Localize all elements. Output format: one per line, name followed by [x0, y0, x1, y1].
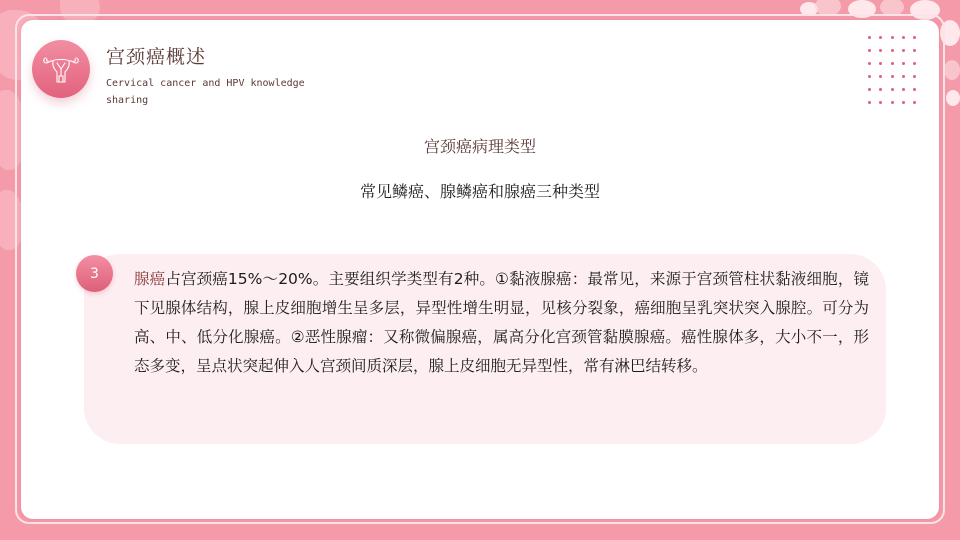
- page-subtitle: Cervical cancer and HPV knowledge sharin…: [106, 75, 321, 109]
- grid-dot: [891, 75, 894, 78]
- grid-dot: [879, 36, 882, 39]
- grid-dot: [902, 101, 905, 104]
- grid-dot: [902, 88, 905, 91]
- grid-dot: [913, 49, 916, 52]
- grid-dot: [879, 75, 882, 78]
- grid-dot: [913, 88, 916, 91]
- logo-badge: [32, 40, 90, 98]
- grid-dot: [902, 49, 905, 52]
- grid-dot: [879, 49, 882, 52]
- grid-dot: [902, 75, 905, 78]
- grid-dot: [891, 49, 894, 52]
- grid-dot: [868, 101, 871, 104]
- item-keyword: 腺癌: [134, 270, 165, 288]
- uterus-icon: [41, 52, 81, 86]
- grid-dot: [891, 36, 894, 39]
- item-description: 腺癌占宫颈癌15%～20%。主要组织学类型有2种。①黏液腺癌：最常见，来源于宫颈…: [134, 265, 869, 381]
- blossom-decor: [946, 90, 960, 106]
- blossom-decor: [944, 60, 960, 80]
- grid-dot: [879, 88, 882, 91]
- grid-dot: [913, 62, 916, 65]
- item-text: 占宫颈癌15%～20%。主要组织学类型有2种。①黏液腺癌：最常见，来源于宫颈管柱…: [134, 270, 869, 375]
- dot-grid-decor: [868, 36, 924, 114]
- grid-dot: [868, 49, 871, 52]
- grid-dot: [879, 101, 882, 104]
- grid-dot: [913, 36, 916, 39]
- page-title: 宫颈癌概述: [106, 42, 206, 69]
- section-subtitle: 常见鳞癌、腺鳞癌和腺癌三种类型: [0, 179, 960, 202]
- grid-dot: [868, 88, 871, 91]
- grid-dot: [913, 101, 916, 104]
- grid-dot: [902, 62, 905, 65]
- item-number-badge: 3: [76, 255, 113, 292]
- grid-dot: [879, 62, 882, 65]
- grid-dot: [891, 88, 894, 91]
- grid-dot: [891, 101, 894, 104]
- grid-dot: [868, 75, 871, 78]
- grid-dot: [902, 36, 905, 39]
- grid-dot: [868, 36, 871, 39]
- grid-dot: [891, 62, 894, 65]
- grid-dot: [868, 62, 871, 65]
- section-title: 宫颈癌病理类型: [0, 134, 960, 157]
- grid-dot: [913, 75, 916, 78]
